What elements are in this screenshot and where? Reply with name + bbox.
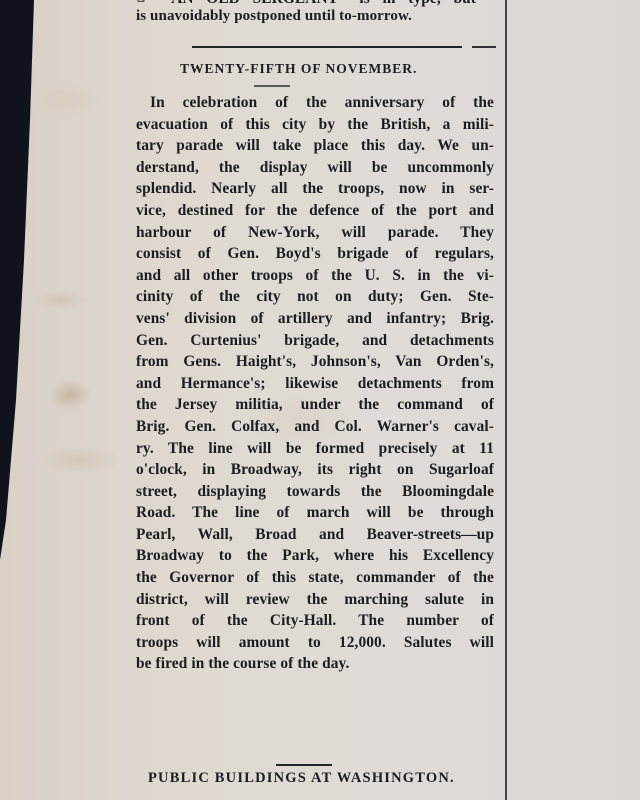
article-line: vens' division of artillery and infantry…	[136, 308, 494, 330]
article-line: Broadway to the Park, where his Excellen…	[136, 545, 494, 567]
article-line: from Gens. Haight's, Johnson's, Van Orde…	[136, 351, 494, 373]
article-line: consist of Gen. Boyd's brigade of regula…	[136, 243, 494, 265]
article-line: Road. The line of march will be through	[136, 502, 494, 524]
article-line: and all other troops of the U. S. in the…	[136, 265, 494, 287]
article-line: troops will amount to 12,000. Salutes wi…	[136, 632, 494, 654]
article-line: and Hermance's; likewise detachments fro…	[136, 373, 494, 395]
article-line: the Governor of this state, commander of…	[136, 567, 494, 589]
article-line: district, will review the marching salut…	[136, 589, 494, 611]
section-divider-rule	[276, 764, 332, 766]
article-line: o'clock, in Broadway, its right on Sugar…	[136, 459, 494, 481]
article-line: tary parade will take place this day. We…	[136, 135, 494, 157]
next-article-headline: PUBLIC BUILDINGS AT WASHINGTON.	[148, 770, 488, 787]
article-line: Pearl, Wall, Broad and Beaver-streets—up	[136, 524, 494, 546]
article-line: evacuation of this city by the British, …	[136, 114, 494, 136]
article-line: ry. The line will be formed precisely at…	[136, 438, 494, 460]
article-body: In celebration of the anniversary of the…	[136, 92, 494, 675]
column-rule	[505, 0, 507, 800]
article-line: splendid. Nearly all the troops, now in …	[136, 178, 494, 200]
article-line: the Jersey militia, under the command of	[136, 394, 494, 416]
article-line: front of the City-Hall. The number of	[136, 610, 494, 632]
article-line: vice, destined for the defence of the po…	[136, 200, 494, 222]
headline-underline	[254, 85, 290, 87]
article-line: Brig. Gen. Colfax, and Col. Warner's cav…	[136, 416, 494, 438]
article-line: derstand, the display will be uncommonly	[136, 157, 494, 179]
article-line: Gen. Curtenius' brigade, and detachments	[136, 330, 494, 352]
section-divider-rule	[192, 46, 462, 48]
announcement-fragment-line2: is unavoidably postponed until to-morrow…	[136, 6, 476, 28]
article-line: street, displaying towards the Bloomingd…	[136, 481, 494, 503]
article-headline: TWENTY-FIFTH OF NOVEMBER.	[180, 61, 480, 77]
article-line: cinity of the city not on duty; Gen. Ste…	[136, 286, 494, 308]
article-line: harbour of New-York, will parade. They	[136, 222, 494, 244]
article-line: be fired in the course of the day.	[136, 653, 494, 675]
article-line: In celebration of the anniversary of the	[136, 92, 494, 114]
